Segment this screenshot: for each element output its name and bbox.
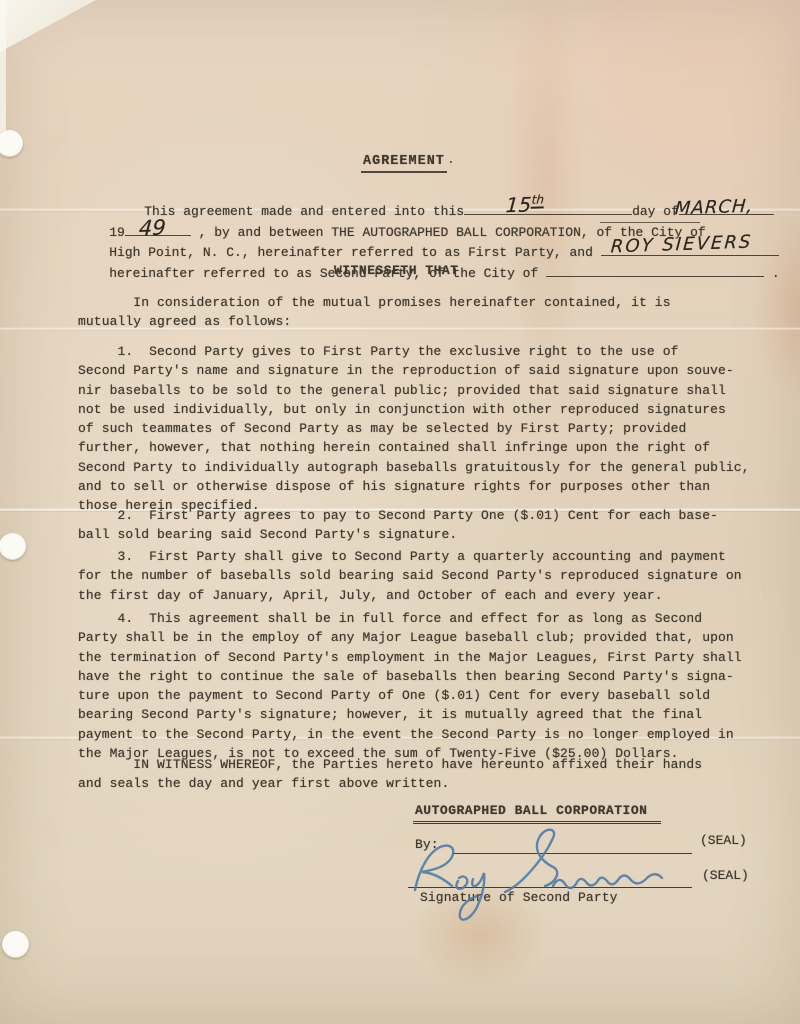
blank-city-of — [546, 262, 764, 277]
clause-4: 4. This agreement shall be in full force… — [78, 609, 742, 763]
title-period: . — [447, 152, 455, 167]
witness-clause: IN WITNESS WHEREOF, the Parties hereto h… — [78, 755, 702, 794]
opening-line-4-period: . — [764, 266, 780, 281]
scanned-agreement-page: AGREEMENT . This agreement made and ente… — [0, 0, 800, 1024]
seal-label-bottom: (SEAL) — [702, 868, 749, 883]
corporation-name: AUTOGRAPHED BALL CORPORATION — [413, 803, 661, 824]
opening-line-4-text: hereinafter referred to as Second Party,… — [109, 266, 546, 281]
hole-punch-top — [0, 130, 23, 157]
clause-1: 1. Second Party gives to First Party the… — [78, 342, 750, 516]
roy-sievers-signature — [393, 824, 683, 929]
page-title: AGREEMENT — [361, 154, 447, 173]
dog-ear-corner — [0, 0, 96, 52]
hole-punch-middle — [0, 533, 26, 560]
title-wrap: AGREEMENT . — [361, 151, 447, 169]
seal-label-top: (SEAL) — [700, 833, 747, 848]
witnesseth-heading: WITNESSETH THAT — [334, 261, 459, 280]
hole-punch-bottom — [2, 931, 29, 958]
clause-2: 2. First Party agrees to pay to Second P… — [78, 506, 718, 545]
scan-edge — [0, 0, 6, 150]
consideration-paragraph: In consideration of the mutual promises … — [78, 293, 671, 332]
clause-3: 3. First Party shall give to Second Part… — [78, 547, 742, 605]
